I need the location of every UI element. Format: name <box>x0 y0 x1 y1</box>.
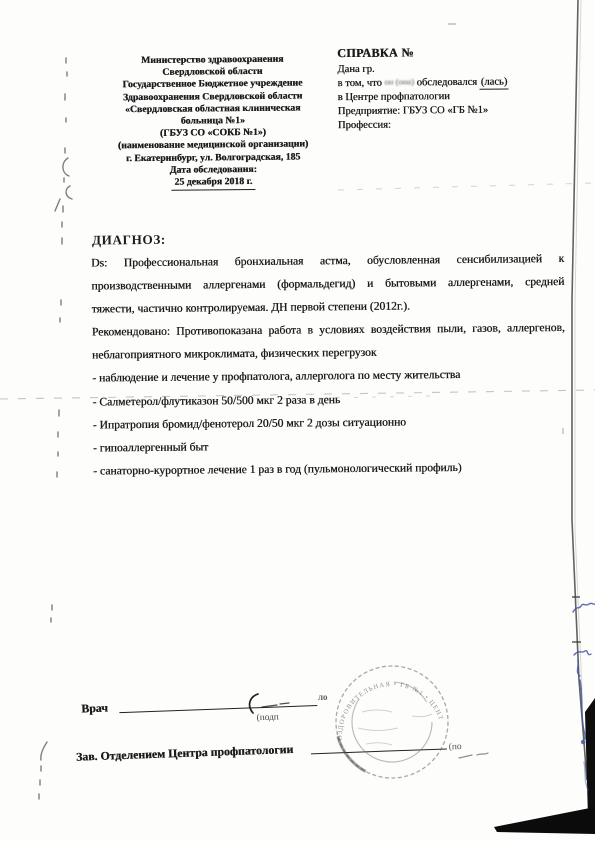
profession-line: Профессия: <box>338 117 576 133</box>
that-line-underlined: (лась) <box>480 75 509 90</box>
diagnosis-line: производственными аллергенами (формальде… <box>91 270 564 298</box>
that-line-smudged: он (она) <box>384 75 414 89</box>
recommendation-line: - санаторно-курортное лечение 1 раз в го… <box>93 455 566 483</box>
document-content: Министерство здравоохранения Свердловско… <box>0 0 595 841</box>
department-head-label: Зав. Отделением Центра профпатологии <box>76 742 294 765</box>
diagnosis-heading: ДИАГНОЗ: <box>92 232 166 249</box>
that-line-mid: обследовался <box>417 76 478 88</box>
diagnosis-body: Ds: Профессиональная бронхиальная астма,… <box>91 247 566 482</box>
department-head-signature-caption: (по <box>449 742 462 752</box>
scanned-certificate-page: Министерство здравоохранения Свердловско… <box>0 0 595 841</box>
org-line: г. Екатеринбург, ул. Волгоградская, 185 <box>89 151 337 166</box>
doctor-label: Врач <box>81 701 108 717</box>
doctor-signature-caption: (подп <box>257 712 280 723</box>
certificate-header: СПРАВКА № Дана гр. в том, что он (она) о… <box>337 45 576 133</box>
department-head-signature-line <box>310 730 447 754</box>
that-line-pre: в том, что <box>337 77 381 88</box>
organization-header: Министерство здравоохранения Свердловско… <box>88 53 337 191</box>
exam-date-value: 25 декабря 2018 г. <box>89 175 337 191</box>
signature-section: Врач (подп Зав. Отделением Центра профпа… <box>6 679 595 810</box>
doctor-signature-line <box>119 687 318 713</box>
certificate-title: СПРАВКА № <box>337 45 575 61</box>
